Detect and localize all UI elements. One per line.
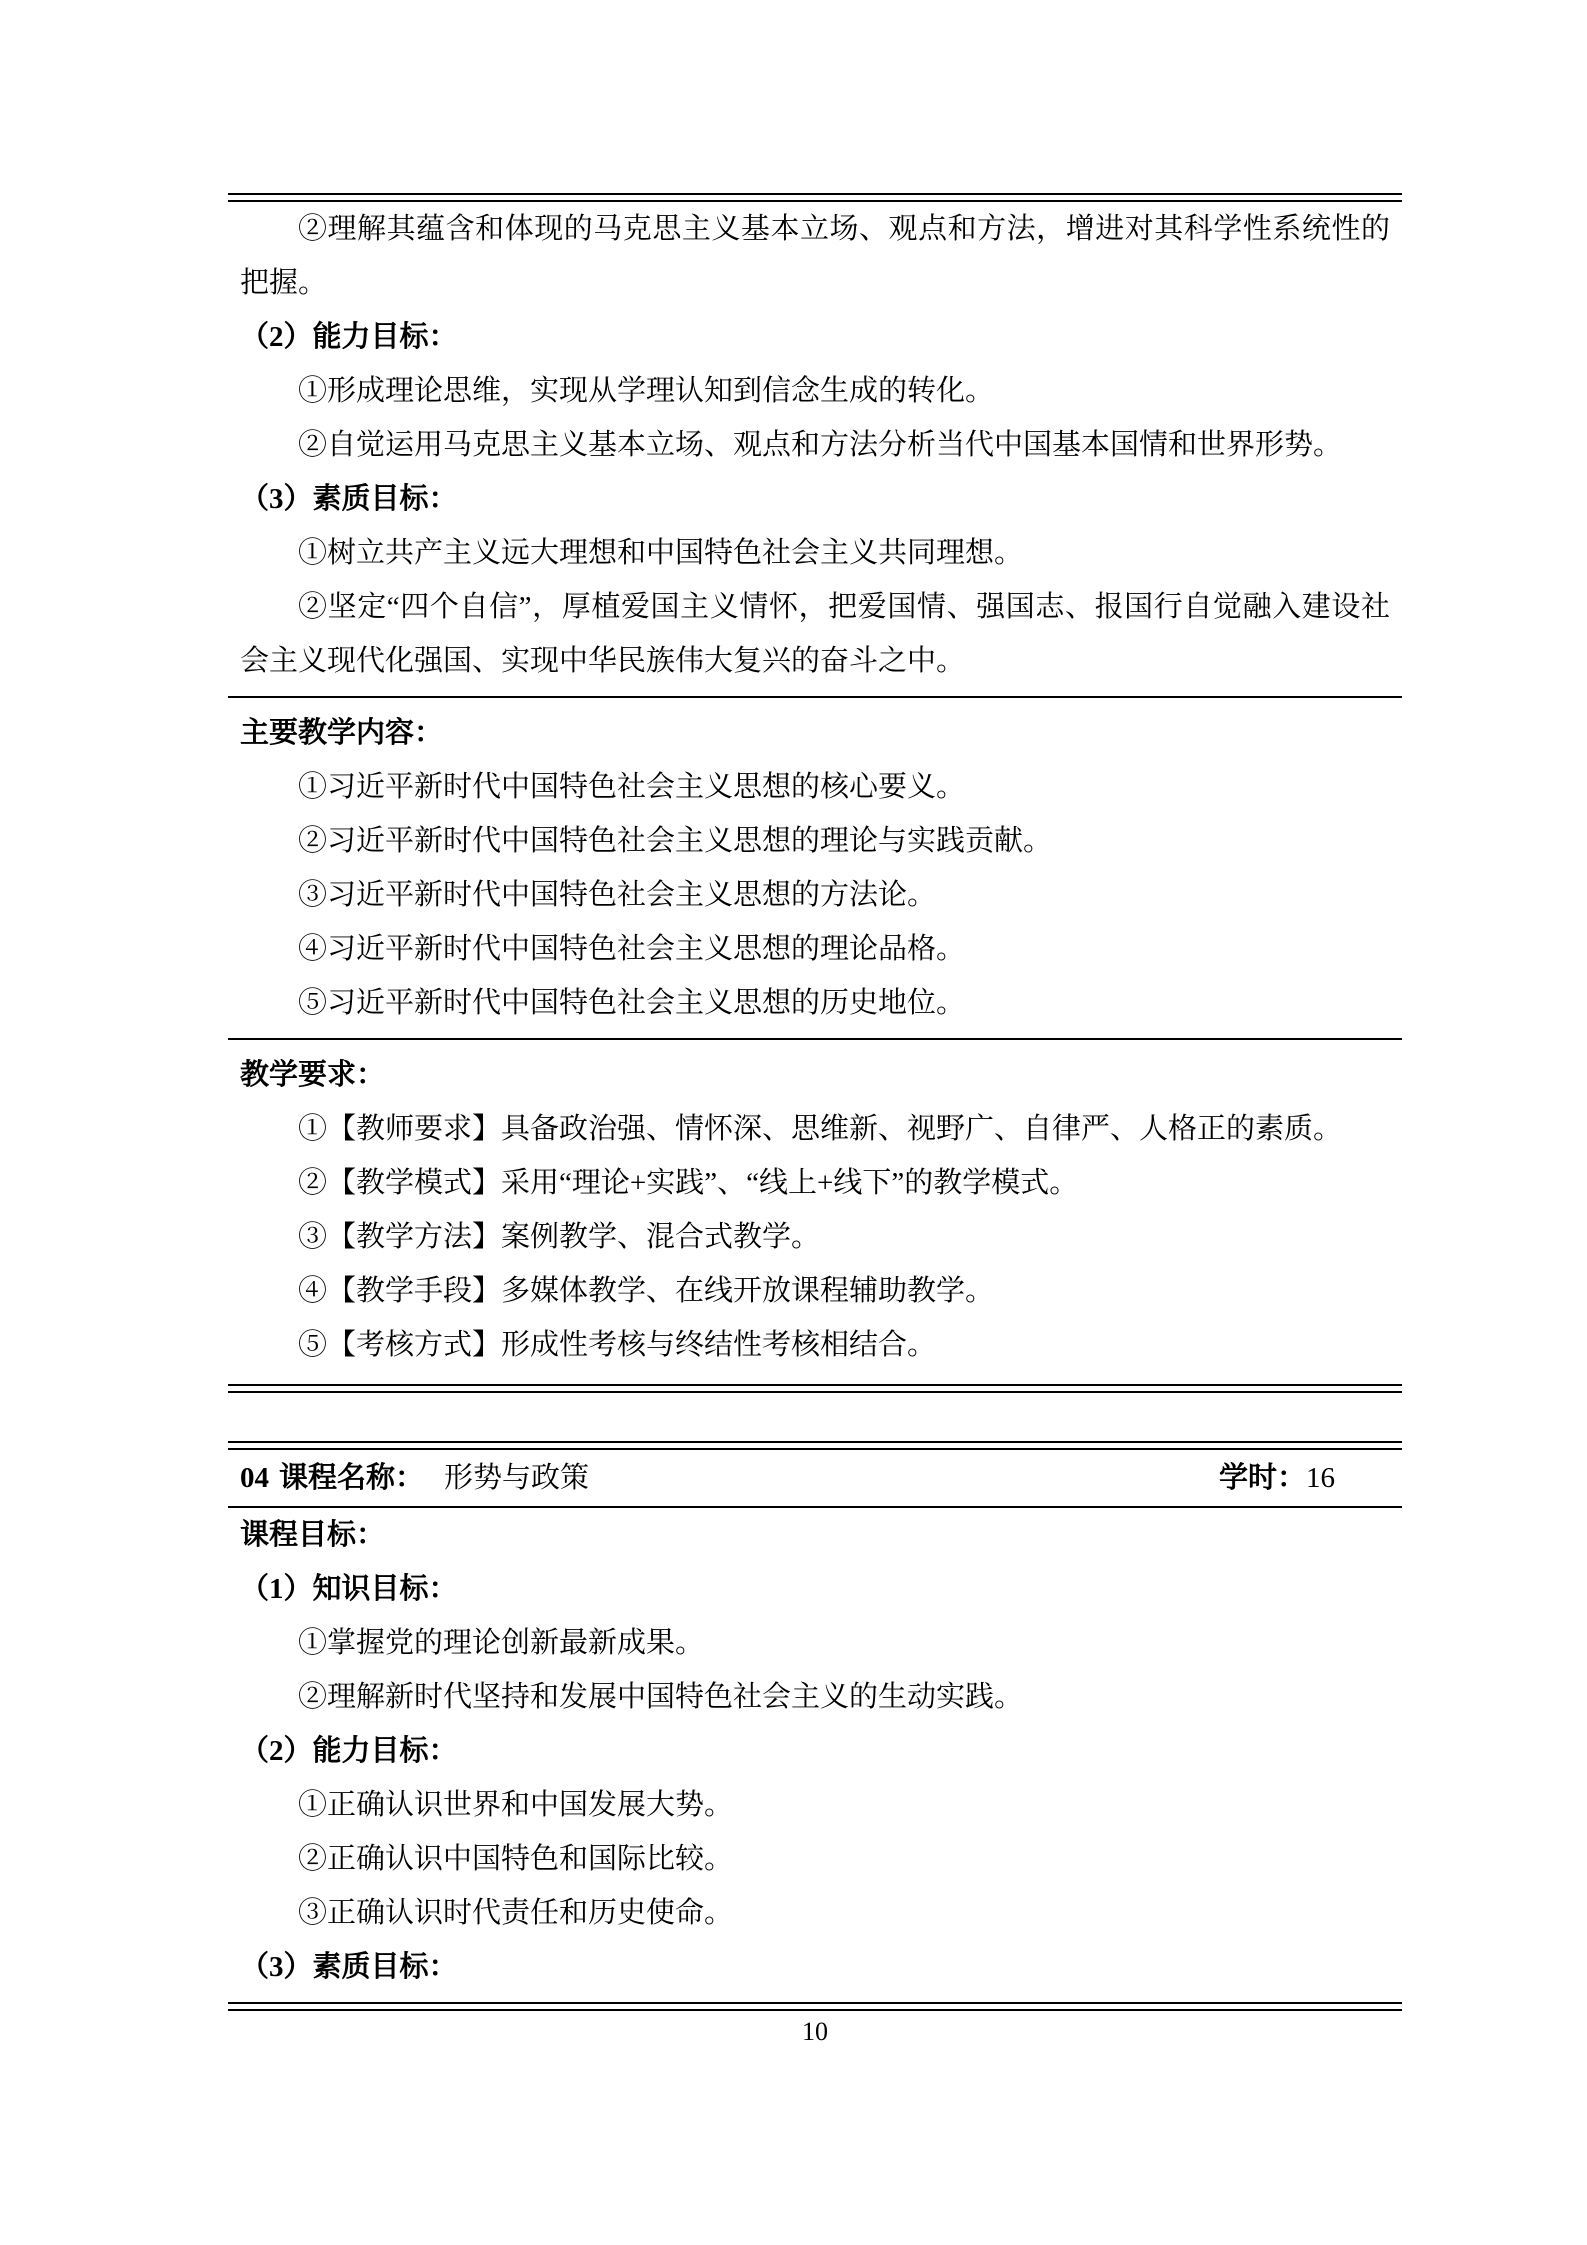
teaching-requirement-item: ③【教学方法】案例教学、混合式教学。 [240,1210,1390,1264]
quality-objectives-heading: （3）素质目标： [240,472,1390,526]
section-divider [228,696,1402,698]
page-top-table-border [228,193,1402,202]
course-title: 04课程名称：形势与政策 [240,1451,589,1505]
teaching-requirements-heading: 教学要求： [240,1048,1390,1102]
page-content: ②理解其蕴含和体现的马克思主义基本立场、观点和方法，增进对其科学性系统性的把握。… [240,193,1390,2051]
quality-objective-item: ①树立共产主义远大理想和中国特色社会主义共同理想。 [240,526,1390,580]
ability-objective-item: ②自觉运用马克思主义基本立场、观点和方法分析当代中国基本国情和世界形势。 [240,418,1390,472]
page-bottom-table-border [228,2002,1402,2011]
ability-objective-item: ①正确认识世界和中国发展大势。 [240,1778,1390,1832]
course-hours-label: 学时： [1219,1462,1306,1494]
ability-objectives-heading: （2）能力目标： [240,1724,1390,1778]
section-divider [228,1038,1402,1040]
course-name-label: 课程名称： [279,1462,424,1494]
teaching-content-item: ①习近平新时代中国特色社会主义思想的核心要义。 [240,760,1390,814]
teaching-requirement-item: ②【教学模式】采用“理论+实践”、“线上+线下”的教学模式。 [240,1156,1390,1210]
teaching-content-item: ③习近平新时代中国特色社会主义思想的方法论。 [240,868,1390,922]
ability-objective-item: ③正确认识时代责任和历史使命。 [240,1886,1390,1940]
ability-objectives-heading: （2）能力目标： [240,310,1390,364]
ability-objective-item: ①形成理论思维，实现从学理认知到信念生成的转化。 [240,364,1390,418]
quality-objective-item: ②坚定“四个自信”，厚植爱国主义情怀，把爱国情、强国志、报国行自觉融入建设社会主… [240,580,1390,688]
knowledge-objective-item: ①掌握党的理论创新最新成果。 [240,1616,1390,1670]
knowledge-objective-item-continued: ②理解其蕴含和体现的马克思主义基本立场、观点和方法，增进对其科学性系统性的把握。 [240,202,1390,310]
course-header-row: 04课程名称：形势与政策 学时：16 [240,1450,1390,1506]
teaching-content-item: ②习近平新时代中国特色社会主义思想的理论与实践贡献。 [240,814,1390,868]
course-block-start-border [228,1441,1402,1450]
course-block-end-border [228,1384,1402,1393]
ability-objective-item: ②正确认识中国特色和国际比较。 [240,1832,1390,1886]
teaching-requirement-item: ⑤【考核方式】形成性考核与终结性考核相结合。 [240,1318,1390,1372]
course-name-value: 形势与政策 [444,1462,589,1494]
teaching-requirement-item: ④【教学手段】多媒体教学、在线开放课程辅助教学。 [240,1264,1390,1318]
document-page: ②理解其蕴含和体现的马克思主义基本立场、观点和方法，增进对其科学性系统性的把握。… [0,0,1587,2245]
teaching-requirement-item: ①【教师要求】具备政治强、情怀深、思维新、视野广、自律严、人格正的素质。 [240,1102,1390,1156]
course-goal-heading: 课程目标： [240,1508,1390,1562]
teaching-content-item: ④习近平新时代中国特色社会主义思想的理论品格。 [240,922,1390,976]
course-hours: 学时：16 [1219,1451,1335,1505]
teaching-content-heading: 主要教学内容： [240,706,1390,760]
knowledge-objective-item: ②理解新时代坚持和发展中国特色社会主义的生动实践。 [240,1670,1390,1724]
page-number: 10 [240,2013,1390,2051]
knowledge-objectives-heading: （1）知识目标： [240,1562,1390,1616]
teaching-content-item: ⑤习近平新时代中国特色社会主义思想的历史地位。 [240,976,1390,1030]
quality-objectives-heading: （3）素质目标： [240,1940,1390,1994]
course-hours-value: 16 [1306,1462,1335,1494]
course-number: 04 [240,1462,269,1494]
